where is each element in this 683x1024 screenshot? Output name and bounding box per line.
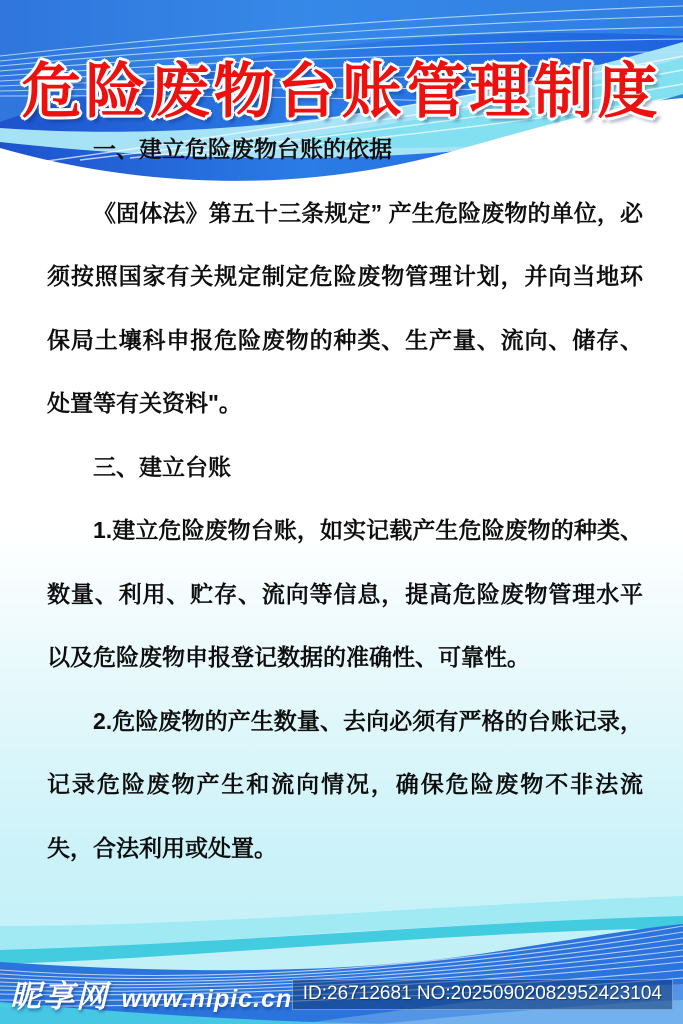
section-1-paragraph: 《固体法》第五十三条规定” 产生危险废物的单位，必须按照国家有关规定制定危险废物… xyxy=(47,182,643,436)
poster-body: 一、建立危险废物台账的依据 《固体法》第五十三条规定” 产生危险废物的单位，必须… xyxy=(47,118,643,880)
poster-page: 危险废物台账管理制度 一、建立危险废物台账的依据 《固体法》第五十三条规定” 产… xyxy=(0,0,683,1024)
section-2-heading: 三、建立台账 xyxy=(47,436,643,500)
nipic-watermark: 昵享网 www.nipic.cn xyxy=(10,971,292,1016)
nipic-url-text: www.nipic.cn xyxy=(121,985,292,1013)
poster-title: 危险废物台账管理制度 xyxy=(0,44,683,130)
nipic-logo-text: 昵享网 xyxy=(10,979,109,1014)
section-2-paragraph-2: 2.危险废物的产生数量、去向必须有严格的台账记录，记录危险废物产生和流向情况，确… xyxy=(47,690,643,881)
section-2-paragraph-1: 1.建立危险废物台账，如实记载产生危险废物的种类、数量、利用、贮存、流向等信息，… xyxy=(47,499,643,690)
image-id-badge: ID:26712681 NO:20250902082952423104 xyxy=(292,979,673,1010)
